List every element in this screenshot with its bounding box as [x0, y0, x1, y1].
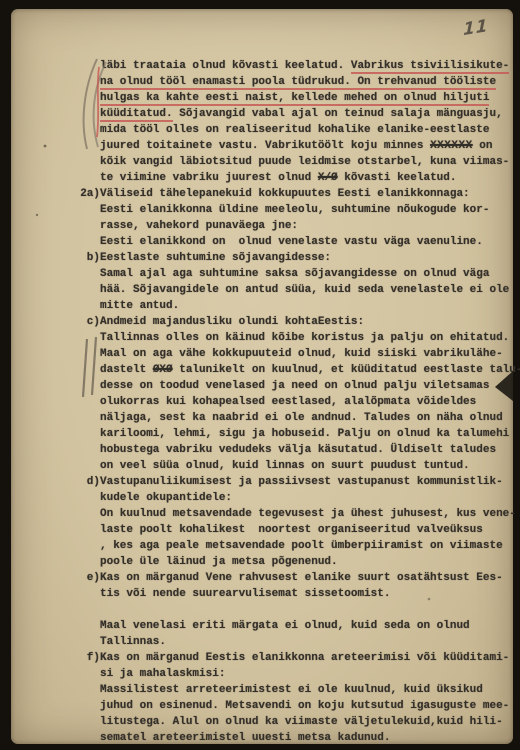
document-line: tis või nende suurearvulisemat sissetoom…: [100, 586, 516, 602]
red-margin-line: [97, 67, 99, 137]
document-line: kõik vangid läbiotsitud puude leidmise o…: [100, 154, 516, 170]
document-line: kariloomi, lehmi, sigu ja hobuseid. Palj…: [100, 426, 516, 442]
document-line: mida tööl olles on realiseeritud kohalik…: [100, 122, 516, 138]
text-segment: Sõjavangid vabal ajal on teinud salaja m…: [173, 108, 503, 120]
document-line: juured toitainete vastu. Vabrikutöölt ko…: [100, 138, 516, 154]
document-line: sematel areteerimistel uuesti metsa kadu…: [100, 730, 516, 746]
pencil-double-bar-mark: [92, 337, 96, 395]
document-line: laste poolt kohalikest noortest organise…: [100, 522, 516, 538]
document-line: f)Kas on märganud Eestis elanikkonna are…: [100, 650, 516, 666]
document-line: c)Andmeid majandusliku olundi kohtaEesti…: [100, 314, 516, 330]
document-page: 11 läbi traataia olnud kõvasti keelatud.…: [11, 9, 513, 744]
pencil-double-bar-mark: [83, 339, 87, 397]
text-segment: poole üle läinud ja metsa põgenenud.: [100, 556, 338, 568]
document-line: näljaga, sest ka naabrid ei ole andnud. …: [100, 410, 516, 426]
text-segment: Eesti elanikkond on olnud venelaste vast…: [100, 236, 483, 248]
document-line: na olnud tööl enamasti poola tüdrukud. O…: [100, 74, 516, 90]
section-label: d): [87, 474, 100, 490]
document-line: on veel süüa olnud, kuid linnas on suurt…: [100, 458, 516, 474]
document-line: mitte antud.: [100, 298, 516, 314]
text-segment: juhud on esinenud. Metsavendi on koju ku…: [100, 700, 509, 712]
text-segment: läbi traataia olnud kõvasti keelatud.: [100, 60, 351, 72]
text-segment: mitte antud.: [100, 300, 179, 312]
paper-speck: [36, 214, 38, 216]
text-segment: te viimine vabriku juurest olnud: [100, 172, 318, 184]
document-line: poole üle läinud ja metsa põgenenud.: [100, 554, 516, 570]
document-line: Tallinnas olles on käinud kõibe koristus…: [100, 330, 516, 346]
document-line: läbi traataia olnud kõvasti keelatud. Va…: [100, 58, 516, 74]
document-line: olukorras kui kohapealsed eestlased, ala…: [100, 394, 516, 410]
text-segment: desse on toodud venelased ja need on oln…: [100, 380, 489, 392]
document-line: e)Kas on märganud Vene rahvusest elanike…: [100, 570, 516, 586]
text-segment: kudele okupantidele:: [100, 492, 232, 504]
red-underlined-text: na olnud tööl enamasti poola tüdrukud. O…: [100, 76, 496, 88]
document-line: litustega. Alul on olnud ka viimaste väl…: [100, 714, 516, 730]
text-segment: on veel süüa olnud, kuid linnas on suurt…: [100, 460, 470, 472]
document-line: d)Vastupanuliikumisest ja passiivsest va…: [100, 474, 516, 490]
section-label: b): [87, 250, 100, 266]
text-segment: Kas on märganud Vene rahvusest elanike s…: [100, 572, 503, 584]
text-segment: mida tööl olles on realiseeritud kohalik…: [100, 124, 489, 136]
document-line: Tallinnas.: [100, 634, 516, 650]
text-segment: litustega. Alul on olnud ka viimaste väl…: [100, 716, 503, 728]
blank-line: [100, 602, 516, 618]
text-segment: Maal venelasi eriti märgata ei olnud, ku…: [100, 620, 470, 632]
text-segment: Tallinnas olles on käinud kõibe koristus…: [100, 332, 509, 344]
text-segment: dastelt: [100, 364, 153, 376]
page-number: 11: [463, 16, 489, 40]
document-line: 2a)Väliseid tähelepanekuid kokkupuutes E…: [100, 186, 516, 202]
struck-text: X/Ø: [318, 172, 338, 184]
document-line: Maal venelasi eriti märgata ei olnud, ku…: [100, 618, 516, 634]
text-segment: juured toitainete vastu. Vabrikutöölt ko…: [100, 140, 430, 152]
text-segment: si ja mahalaskmisi:: [100, 668, 225, 680]
text-segment: On kuulnud metsavendade tegevusest ja üh…: [100, 508, 516, 520]
text-segment: Maal on aga vähe kokkupuuteid olnud, kui…: [100, 348, 503, 360]
document-line: rasse, vahekord punaväega jne:: [100, 218, 516, 234]
scan-background: 11 läbi traataia olnud kõvasti keelatud.…: [0, 0, 520, 750]
document-line: kudele okupantidele:: [100, 490, 516, 506]
text-segment: näljaga, sest ka naabrid ei ole andnud. …: [100, 412, 503, 424]
text-segment: kõik vangid läbiotsitud puude leidmise o…: [100, 156, 509, 168]
document-line: desse on toodud venelased ja need on oln…: [100, 378, 516, 394]
document-line: hulgas ka kahte eesti naist, kellede meh…: [100, 90, 516, 106]
document-line: Samal ajal aga suhtumine saksa sõjavangi…: [100, 266, 516, 282]
text-segment: hobustega vabriku vedudeks välja käsutat…: [100, 444, 496, 456]
text-segment: on: [473, 140, 493, 152]
section-label: c): [87, 314, 100, 330]
text-segment: Andmeid majandusliku olundi kohtaEestis:: [100, 316, 364, 328]
paper-speck: [44, 145, 47, 148]
struck-text: ØXØ: [153, 364, 173, 376]
document-line: hobustega vabriku vedudeks välja käsutat…: [100, 442, 516, 458]
red-underlined-text: küüditatud.: [100, 108, 173, 120]
document-text-block: läbi traataia olnud kõvasti keelatud. Va…: [100, 58, 516, 746]
text-segment: kariloomi, lehmi, sigu ja hobuseid. Palj…: [100, 428, 509, 440]
text-segment: rasse, vahekord punaväega jne:: [100, 220, 298, 232]
red-underlined-text: Vabrikus tsiviilisikute-: [351, 60, 509, 72]
document-line: dastelt ØXØ talunikelt on kuulnud, et kü…: [100, 362, 516, 378]
document-line: , kes aga peale metsavendade poolt ümber…: [100, 538, 516, 554]
text-segment: Massilistest arreteerimistest ei ole kuu…: [100, 684, 483, 696]
red-underlined-text: hulgas ka kahte eesti naist, kellede meh…: [100, 92, 489, 104]
text-segment: Eesti elanikkonna üldine meeleolu, suhtu…: [100, 204, 489, 216]
document-line: juhud on esinenud. Metsavendi on koju ku…: [100, 698, 516, 714]
document-line: Massilistest arreteerimistest ei ole kuu…: [100, 682, 516, 698]
document-line: hää. Sõjavangidele on antud süüa, kuid s…: [100, 282, 516, 298]
text-segment: tis või nende suurearvulisemat sissetoom…: [100, 588, 390, 600]
document-line: b)Eestlaste suhtumine sõjavangidesse:: [100, 250, 516, 266]
text-segment: Väliseid tähelepanekuid kokkupuutes Eest…: [100, 188, 470, 200]
text-segment: olukorras kui kohapealsed eestlased, ala…: [100, 396, 476, 408]
text-segment: hää. Sõjavangidele on antud süüa, kuid s…: [100, 284, 509, 296]
pencil-arc-mark: [84, 59, 97, 149]
text-segment: , kes aga peale metsavendade poolt ümber…: [100, 540, 503, 552]
text-segment: Samal ajal aga suhtumine saksa sõjavangi…: [100, 268, 489, 280]
text-segment: talunikelt on kuulnud, et küüditatud ees…: [173, 364, 520, 376]
text-segment: Kas on märganud Eestis elanikkonna arete…: [100, 652, 509, 664]
text-segment: Vastupanuliikumisest ja passiivsest vast…: [100, 476, 503, 488]
document-line: te viimine vabriku juurest olnud X/Ø kõv…: [100, 170, 516, 186]
document-line: küüditatud. Sõjavangid vabal ajal on tei…: [100, 106, 516, 122]
document-line: On kuulnud metsavendade tegevusest ja üh…: [100, 506, 516, 522]
section-label: e): [87, 570, 100, 586]
section-label: f): [87, 650, 100, 666]
text-segment: Tallinnas.: [100, 636, 166, 648]
document-line: Eesti elanikkond on olnud venelaste vast…: [100, 234, 516, 250]
section-label: 2a): [80, 186, 100, 202]
text-segment: laste poolt kohalikest noortest organise…: [100, 524, 483, 536]
text-segment: kõvasti keelatud.: [338, 172, 457, 184]
text-segment: Eestlaste suhtumine sõjavangidesse:: [100, 252, 331, 264]
struck-text: XXXXXX: [430, 140, 473, 152]
text-segment: sematel areteerimistel uuesti metsa kadu…: [100, 732, 390, 744]
document-line: si ja mahalaskmisi:: [100, 666, 516, 682]
document-line: Eesti elanikkonna üldine meeleolu, suhtu…: [100, 202, 516, 218]
document-line: Maal on aga vähe kokkupuuteid olnud, kui…: [100, 346, 516, 362]
